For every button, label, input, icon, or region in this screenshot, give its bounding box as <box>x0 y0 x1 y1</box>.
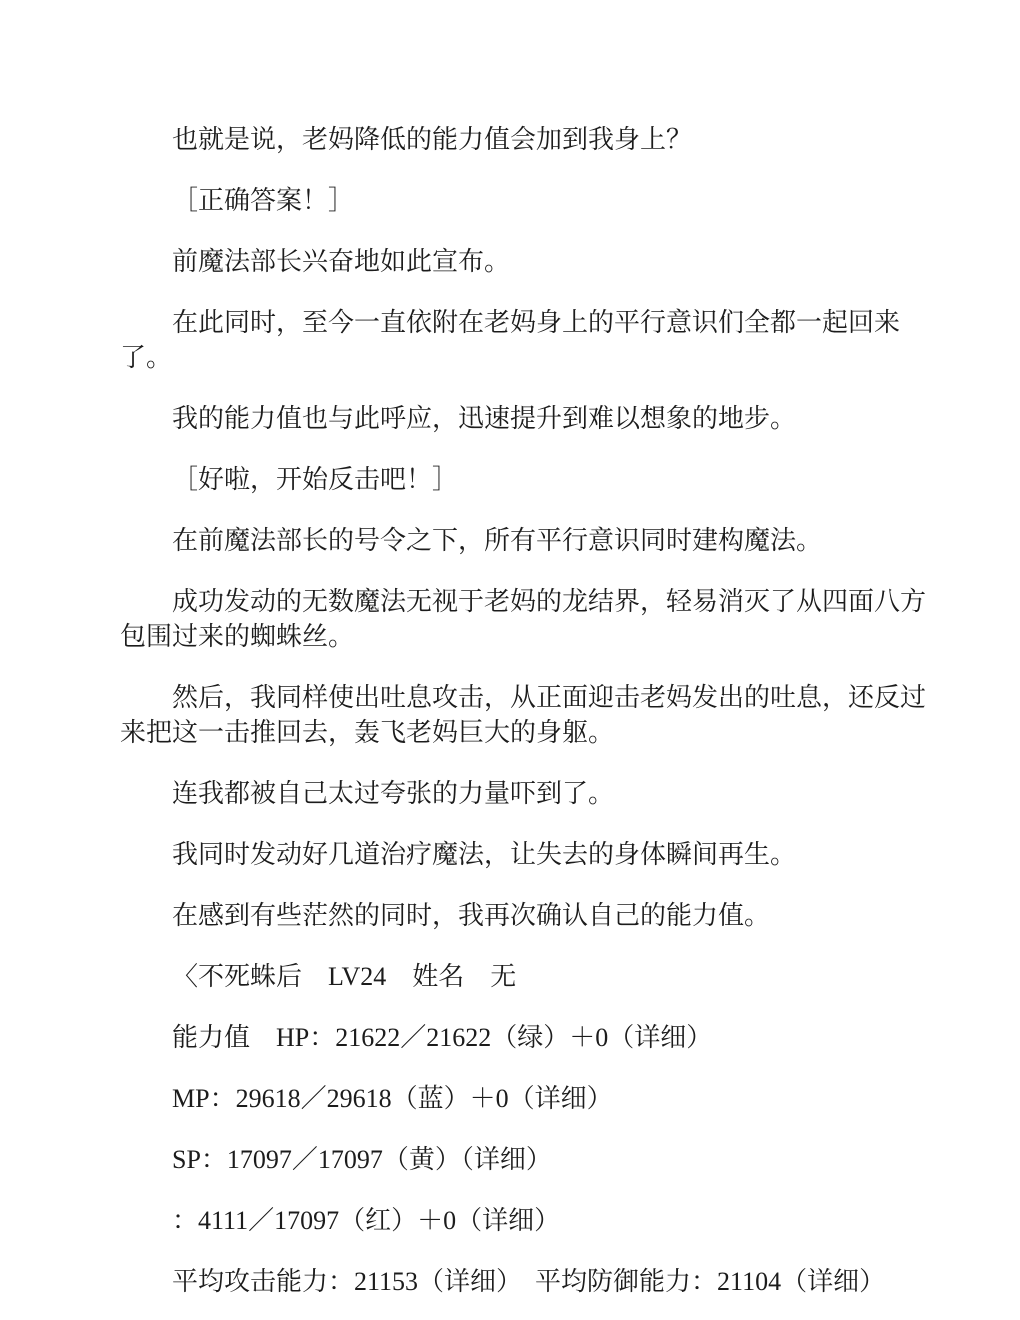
text-line: 也就是说，老妈降低的能力值会加到我身上？ <box>120 122 930 157</box>
text-line: 在感到有些茫然的同时，我再次确认自己的能力值。 <box>120 898 930 933</box>
text-line: 成功发动的无数魔法无视于老妈的龙结界，轻易消灭了从四面八方 <box>120 584 930 619</box>
text-line: 〈不死蛛后 LV24 姓名 无 <box>120 959 930 994</box>
text-line: 来把这一击推回去，轰飞老妈巨大的身躯。 <box>120 715 930 750</box>
text-line: 能力值 HP：21622／21622（绿）＋0（详细） <box>120 1020 930 1055</box>
text-line: ：4111／17097（红）＋0（详细） <box>120 1203 930 1238</box>
text-line: SP：17097／17097（黄）（详细） <box>120 1142 930 1177</box>
text-line: MP：29618／29618（蓝）＋0（详细） <box>120 1081 930 1116</box>
text-line: 我同时发动好几道治疗魔法，让失去的身体瞬间再生。 <box>120 837 930 872</box>
text-line: 了。 <box>120 340 930 375</box>
text-line: 平均攻击能力：21153（详细） 平均防御能力：21104（详细） <box>120 1264 930 1299</box>
text-line: 在前魔法部长的号令之下，所有平行意识同时建构魔法。 <box>120 523 930 558</box>
text-line: 然后，我同样使出吐息攻击，从正面迎击老妈发出的吐息，还反过 <box>120 680 930 715</box>
text-line: 连我都被自己太过夸张的力量吓到了。 <box>120 776 930 811</box>
novel-page: 也就是说，老妈降低的能力值会加到我身上？ ［正确答案！］ 前魔法部长兴奋地如此宣… <box>0 0 1020 1320</box>
text-line: ［正确答案！］ <box>120 183 930 218</box>
text-line: 我的能力值也与此呼应，迅速提升到难以想象的地步。 <box>120 401 930 436</box>
text-line: ［好啦，开始反击吧！］ <box>120 462 930 497</box>
text-line: 包围过来的蜘蛛丝。 <box>120 619 930 654</box>
text-line: 在此同时，至今一直依附在老妈身上的平行意识们全都一起回来 <box>120 305 930 340</box>
text-line: 前魔法部长兴奋地如此宣布。 <box>120 244 930 279</box>
